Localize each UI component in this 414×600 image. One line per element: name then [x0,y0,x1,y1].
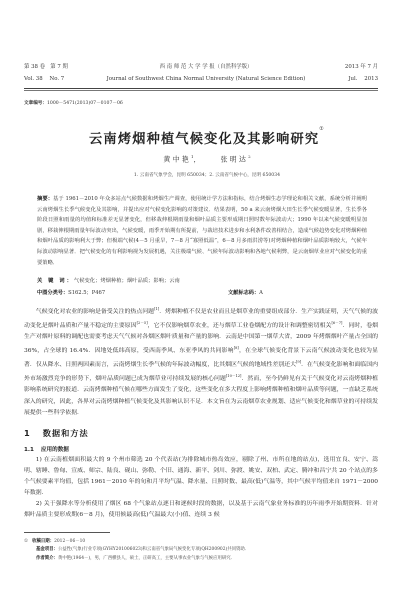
article-number-value: 1000－5471(2013)07－0107－06 [47,101,123,106]
author-bio-value: 黄中艳(1964－)，男，广西横县人，硕士，正研高工，主要从事农业气象与气候应用… [58,556,235,561]
intro-paragraph: 气候变化对农业的影响是备受关注的热点问题[1]．烤烟种植不仅是农业而且是烟草业的… [24,304,378,419]
document-code-value: A [259,290,263,296]
fund-value: 公益性(气象)行业专项(GYHY201006023)和云南省气象局气候变化专项(… [58,547,249,552]
paper-title-text: 云南烤烟种植气候变化及其影响研究 [89,132,319,147]
document-code: 文献标志码：A [228,289,263,296]
author-separator: ， [194,155,203,163]
footnote-mark: ① [24,539,28,544]
keywords-text: 气候变化；烤烟种植；烟叶品质；影响；云南 [74,278,180,284]
journal-name-en: Journal of Southwest China Normal Univer… [86,76,326,83]
author-bio-label: 作者简介： [36,556,58,561]
citation: [2－5] [137,321,148,325]
authors: 黄中艳1， 张明达2 [0,154,414,164]
footnote-separator [24,532,110,533]
data-paragraph-1: 1) 在云南植烟面积最大的 9 个州市筛选 20 个代表站(为排除城市热岛效应，… [24,455,378,499]
footnote-author-bio: 作者简介：黄中艳(1964－)，男，广西横县人，硕士，正研高工，主要从事农业气象… [24,555,249,563]
abstract-label: 摘要： [37,196,53,202]
abstract-text: 基于 1961－2010 年众多站点气候数据和烤烟生产调查，使用统计学方法和指标… [37,196,367,266]
date-en: Jul. 2013 [326,76,378,83]
volume-issue-cn: 第 38 卷 第 7 期 [24,64,86,71]
section-number: 1 [24,428,31,438]
article-number: 文章编号：1000－5471(2013)07－0107－06 [24,100,123,106]
article-number-label: 文章编号： [24,101,47,106]
issue-en: No. 7 [50,76,65,82]
subsection-title: 应用的数据 [41,447,69,453]
section-body: 1) 在云南植烟面积最大的 9 个州市筛选 20 个代表站(为排除城市热岛效应，… [24,455,378,522]
intro-text: 气候变化对农业的影响是备受关注的热点问题 [36,309,154,315]
volume-issue-en: Vol. 38 No. 7 [24,76,86,83]
author-name: 黄中艳 [163,155,191,163]
footnote-received: ① 收稿日期：2012－06－10 [24,538,249,546]
subsection-heading: 1.1应用的数据 [24,445,69,453]
affiliation: 1. 云南省气象学会，昆明 650034；2. 云南省气候中心，昆明 65003… [0,172,414,178]
footnotes: ① 收稿日期：2012－06－10 基金项目：公益性(气象)行业专项(GYHY2… [24,538,249,563]
paper-page: 第 38 卷 第 7 期 西 南 师 范 大 学 学 报（自然科学版） 2013… [0,0,414,600]
classification-value: S162.5；P467 [68,290,105,296]
intro-text: ，它不仅影响烟草农业，还与烟草工业卷烟配方的设计和调整密切相关 [148,323,332,329]
title-footnote-mark: ① [319,126,325,132]
running-header-cn: 第 38 卷 第 7 期 西 南 师 范 大 学 学 报（自然科学版） 2013… [24,64,378,71]
running-header-en: Vol. 38 No. 7 Journal of Southwest China… [24,76,378,83]
data-paragraph-2: 2) 关于强降水等分析使用了烟区 68 个气象站点逐日和逐候时段的数据，以及基于… [24,499,378,521]
journal-name-cn: 西 南 师 范 大 学 学 报（自然科学版） [86,64,326,71]
classification-number: 中图分类号：S162.5；P467 [37,289,105,296]
date-en-year: 2013 [364,76,378,82]
keywords-label: 关 键 词： [37,278,74,284]
received-date: 2012－06－10 [54,539,85,544]
date-en-month: Jul. [348,76,357,82]
abstract: 摘要：基于 1961－2010 年众多站点气候数据和烤烟生产调查，使用统计学方法… [37,194,367,268]
document-code-label: 文献标志码： [228,290,259,296]
subsection-number: 1.1 [24,447,34,453]
header-rule-thin [24,90,378,91]
section-title: 数据和方法 [43,428,89,438]
paper-title: 云南烤烟种植气候变化及其影响研究① [0,128,414,147]
section-heading: 1数据和方法 [24,428,89,439]
keywords: 关 键 词：气候变化；烤烟种植；烟叶品质；影响；云南 [37,276,180,284]
volume-en: Vol. 38 [24,76,43,82]
citation: [6－7] [331,321,342,325]
classification-label: 中图分类号： [37,290,68,296]
introduction: 气候变化对农业的影响是备受关注的热点问题[1]．烤烟种植不仅是农业而且是烟草业的… [24,304,378,419]
citation: [10－12] [226,374,242,378]
footnote-fund: 基金项目：公益性(气象)行业专项(GYHY201006023)和云南省气象局气候… [24,546,249,554]
fund-label: 基金项目： [36,547,58,552]
author-affil-mark: 2 [248,154,251,159]
received-label: 收稿日期： [32,539,54,544]
author-name: 张明达 [220,155,248,163]
volume-cn: 第 38 卷 [24,64,45,70]
date-cn: 2013 年 7 月 [326,64,378,71]
issue-cn: 第 7 期 [50,64,68,70]
